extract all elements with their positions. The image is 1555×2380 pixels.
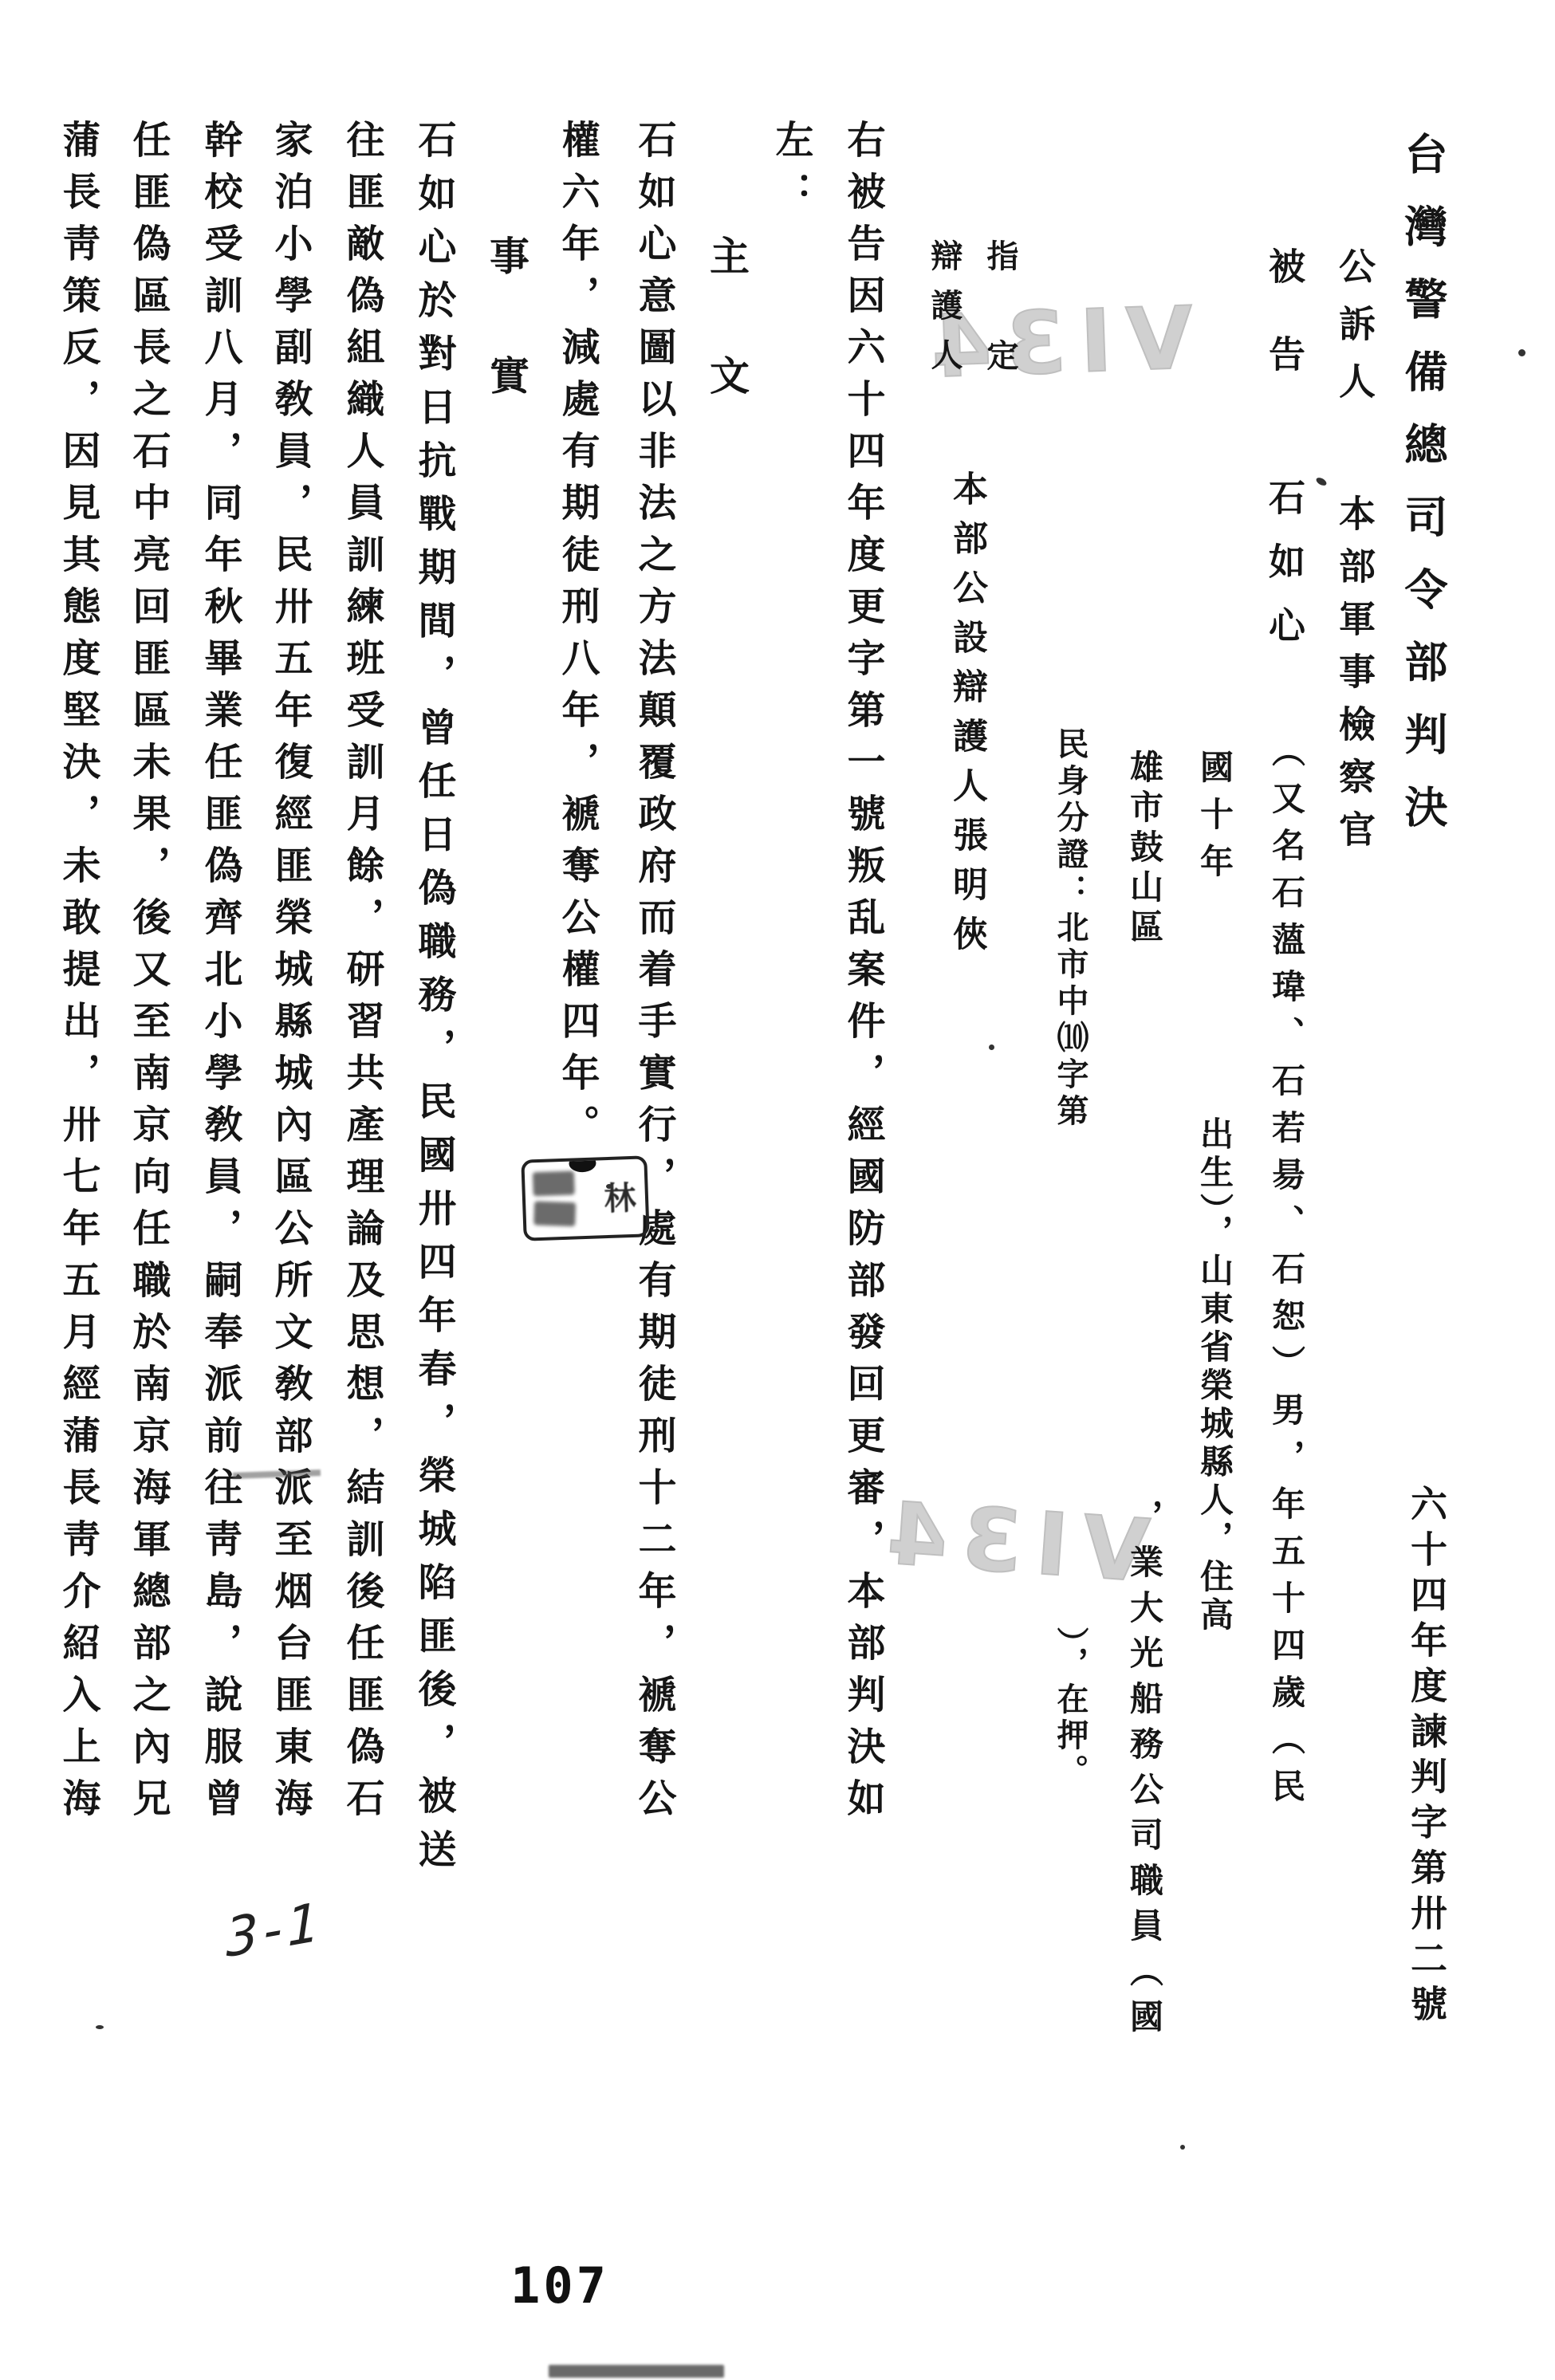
facts-line-6: 蒲長靑策反，因見其態度堅決，未敢提出，卅七年五月經蒲長靑介紹入上海: [59, 120, 97, 1830]
scan-speck: [606, 1184, 612, 1189]
verdict-section-label: 主文: [707, 235, 746, 474]
scan-speck: [989, 1044, 994, 1050]
intro-line: 右被告因六十四年度更字第一號叛乱案件，經國防部發回更審，本部判決如: [844, 120, 882, 1830]
counsel-label-part2: 辯護人: [928, 239, 960, 387]
scan-speck: [1518, 349, 1525, 356]
cut-off-text-fragment: [549, 2365, 724, 2378]
page-title: 台灣警備總司令部判決: [1402, 132, 1445, 857]
facts-section-label: 事實: [486, 235, 526, 474]
defendant-birth-line-1: 國十年: [1198, 749, 1231, 891]
handwritten-annotation: 3-1: [225, 1890, 326, 1970]
facts-line-2: 往匪敵偽組織人員訓練班受訓月餘，研習共產理論及思想，結訓後任匪偽石: [343, 120, 381, 1830]
counsel-label-part1: 指定: [984, 239, 1016, 439]
mirrored-number-stamp-middle: VI34: [870, 1483, 1152, 1602]
scan-speck: [1180, 2145, 1185, 2150]
facts-line-1: 石如心於對日抗戰期間，曾任日偽職務，民國卅四年春，榮城陷匪後，被送: [415, 120, 453, 1882]
seal-ink-blob: [569, 1155, 596, 1172]
verdict-line-1: 石如心意圖以非法之方法顛覆政府而着手實行，處有期徒刑十二年，褫奪公: [635, 120, 673, 1830]
case-number: 六十四年度諫判字第卅二號: [1408, 1485, 1445, 2030]
defendant-address-line-2: ，業大光船務公司職員（國: [1128, 1499, 1161, 2044]
seal-smudge: [533, 1170, 575, 1196]
scan-speck: [96, 2025, 104, 2029]
prosecutor-label: 公訴人: [1337, 247, 1373, 419]
counsel-value: 本部公設辯護人張明俠: [949, 470, 984, 965]
defendant-id-line-2: ），在押。: [1054, 1627, 1086, 1790]
facts-line-3: 家泊小學副敎員，民卅五年復經匪榮城縣城內區公所文敎部派至烟台匪東海: [271, 120, 309, 1830]
scan-speck: [1315, 476, 1328, 487]
verdict-line-2: 權六年，減處有期徒刑八年，褫奪公權四年。: [558, 120, 596, 1156]
intro-tail: 左：: [772, 120, 810, 223]
defendant-id-line-1: 民身分證：北市中⑽字第: [1054, 727, 1086, 1131]
page-number: 107: [510, 2256, 609, 2315]
facts-line-5: 任匪偽區長之石中亮回匪區未果，後又至南京向任職於南京海軍總部之內兄: [129, 120, 167, 1830]
seal-smudge: [533, 1201, 576, 1226]
scanned-judgment-page: VI34 VI34 台灣警備總司令部判決 六十四年度諫判字第卅二號 公訴人 本部…: [0, 0, 1555, 2380]
defendant-birth-line-2: 出生），山東省榮城縣人，住高: [1198, 1116, 1231, 1635]
prosecutor-value: 本部軍事檢察官: [1337, 494, 1373, 863]
defendant-label: 被告: [1266, 247, 1303, 423]
defendant-address-line-1: 雄市鼓山區: [1128, 749, 1161, 949]
seal-character: 林: [594, 1181, 640, 1214]
defendant-alias-line: （又名石薀瑋、石若昜、石恕）男，年五十四歲（民: [1270, 734, 1303, 1815]
facts-line-4: 幹校受訓八月，同年秋畢業任匪偽齊北小學敎員，嗣奉派前往靑島，說服曾: [201, 120, 239, 1830]
defendant-name: 石如心: [1266, 478, 1303, 670]
ink-seal: 林: [521, 1155, 649, 1241]
